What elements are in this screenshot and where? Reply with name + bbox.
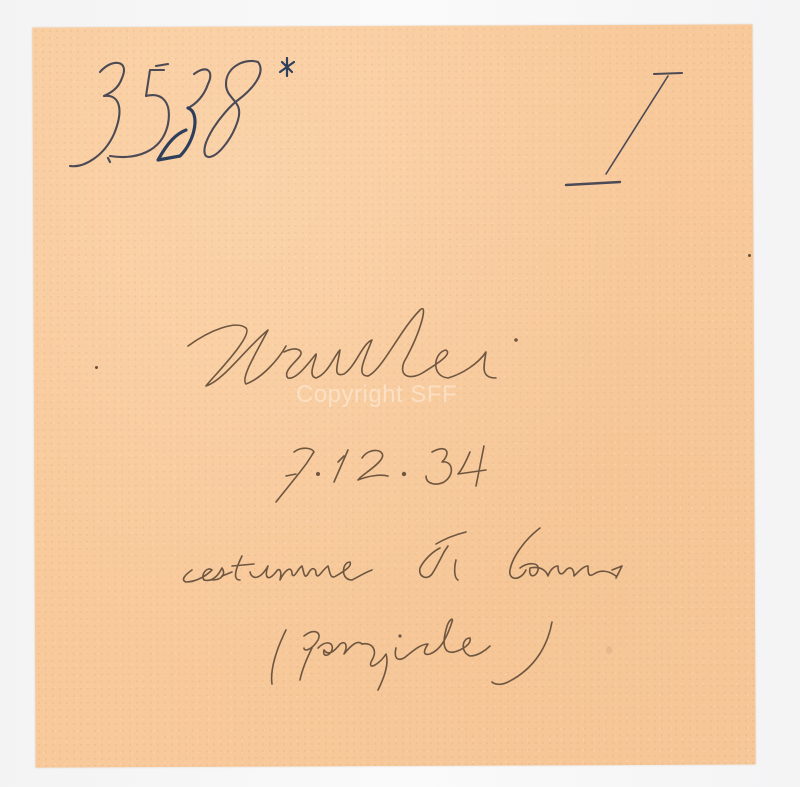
copyright-watermark: Copyright SFF (296, 381, 457, 409)
roman-numeral-ink (566, 73, 682, 185)
description-line2-ink (272, 619, 552, 690)
date-ink (276, 446, 486, 502)
place-name-ink (188, 309, 518, 386)
description-line1-ink (184, 528, 622, 582)
catalog-number-ink (70, 58, 294, 166)
